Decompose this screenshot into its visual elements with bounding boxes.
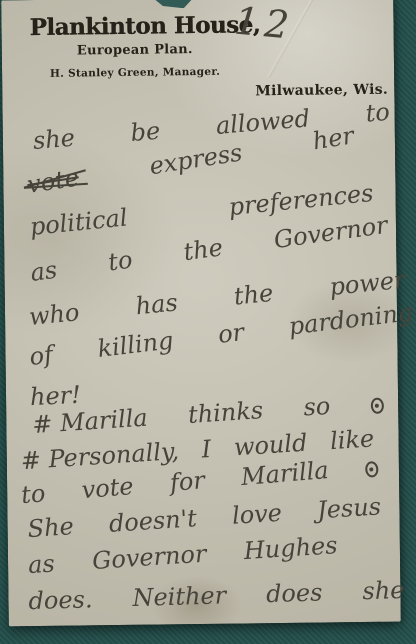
handwritten-word: Governor — [91, 539, 207, 576]
handwritten-word: Hughes — [243, 530, 338, 566]
handwritten-word: to — [364, 97, 390, 129]
handwritten-word: of — [28, 339, 55, 372]
handwritten-word: thinks — [187, 395, 264, 430]
handwritten-word: or — [216, 317, 245, 350]
handwritten-word: as — [29, 255, 59, 288]
handwritten-word: Jesus — [316, 491, 382, 525]
handwritten-word: the — [182, 232, 225, 267]
handwritten-word: She — [27, 511, 75, 544]
handwritten-word: power — [328, 265, 407, 302]
handwritten-word: doesn't — [108, 503, 198, 539]
handwritten-word: political — [28, 202, 128, 242]
handwritten-word: killing — [96, 325, 175, 364]
handwritten-word: vote — [81, 471, 135, 505]
handwritten-word: as — [27, 548, 56, 580]
photo-background: Plankinton House, European Plan. H. Stan… — [0, 0, 416, 644]
handwritten-word: for — [169, 465, 206, 498]
circled-dot-mark — [365, 461, 379, 478]
handwritten-word: love — [231, 498, 283, 531]
handwritten-word: Marilla — [240, 455, 330, 492]
handwritten-word: # Marilla — [31, 403, 148, 440]
handwritten-word: I — [201, 434, 212, 465]
struck-word: vote — [25, 162, 81, 199]
handwritten-word: has — [134, 287, 179, 321]
handwritten-word: who — [28, 297, 81, 332]
handwritten-word: her — [311, 120, 356, 156]
handwritten-word: to — [20, 478, 46, 510]
handwritten-word: does — [266, 577, 323, 609]
handwritten-word: Governor — [272, 210, 389, 255]
handwritten-word: the — [233, 278, 275, 312]
handwritten-word: be — [129, 116, 161, 148]
handwriting-layer: shebeallowedtovoteexpressherpoliticalpre… — [1, 0, 401, 626]
handwritten-word: she — [362, 575, 405, 606]
handwritten-word: does. — [28, 584, 93, 616]
letter-paper: Plankinton House, European Plan. H. Stan… — [1, 0, 401, 626]
handwritten-word: she — [32, 123, 76, 156]
handwritten-word: Neither — [132, 580, 227, 613]
handwritten-word: so — [303, 391, 332, 423]
handwritten-line: does.Neitherdoesshe — [28, 575, 405, 616]
circled-dot-mark — [370, 397, 384, 414]
handwritten-word: to — [106, 244, 134, 277]
